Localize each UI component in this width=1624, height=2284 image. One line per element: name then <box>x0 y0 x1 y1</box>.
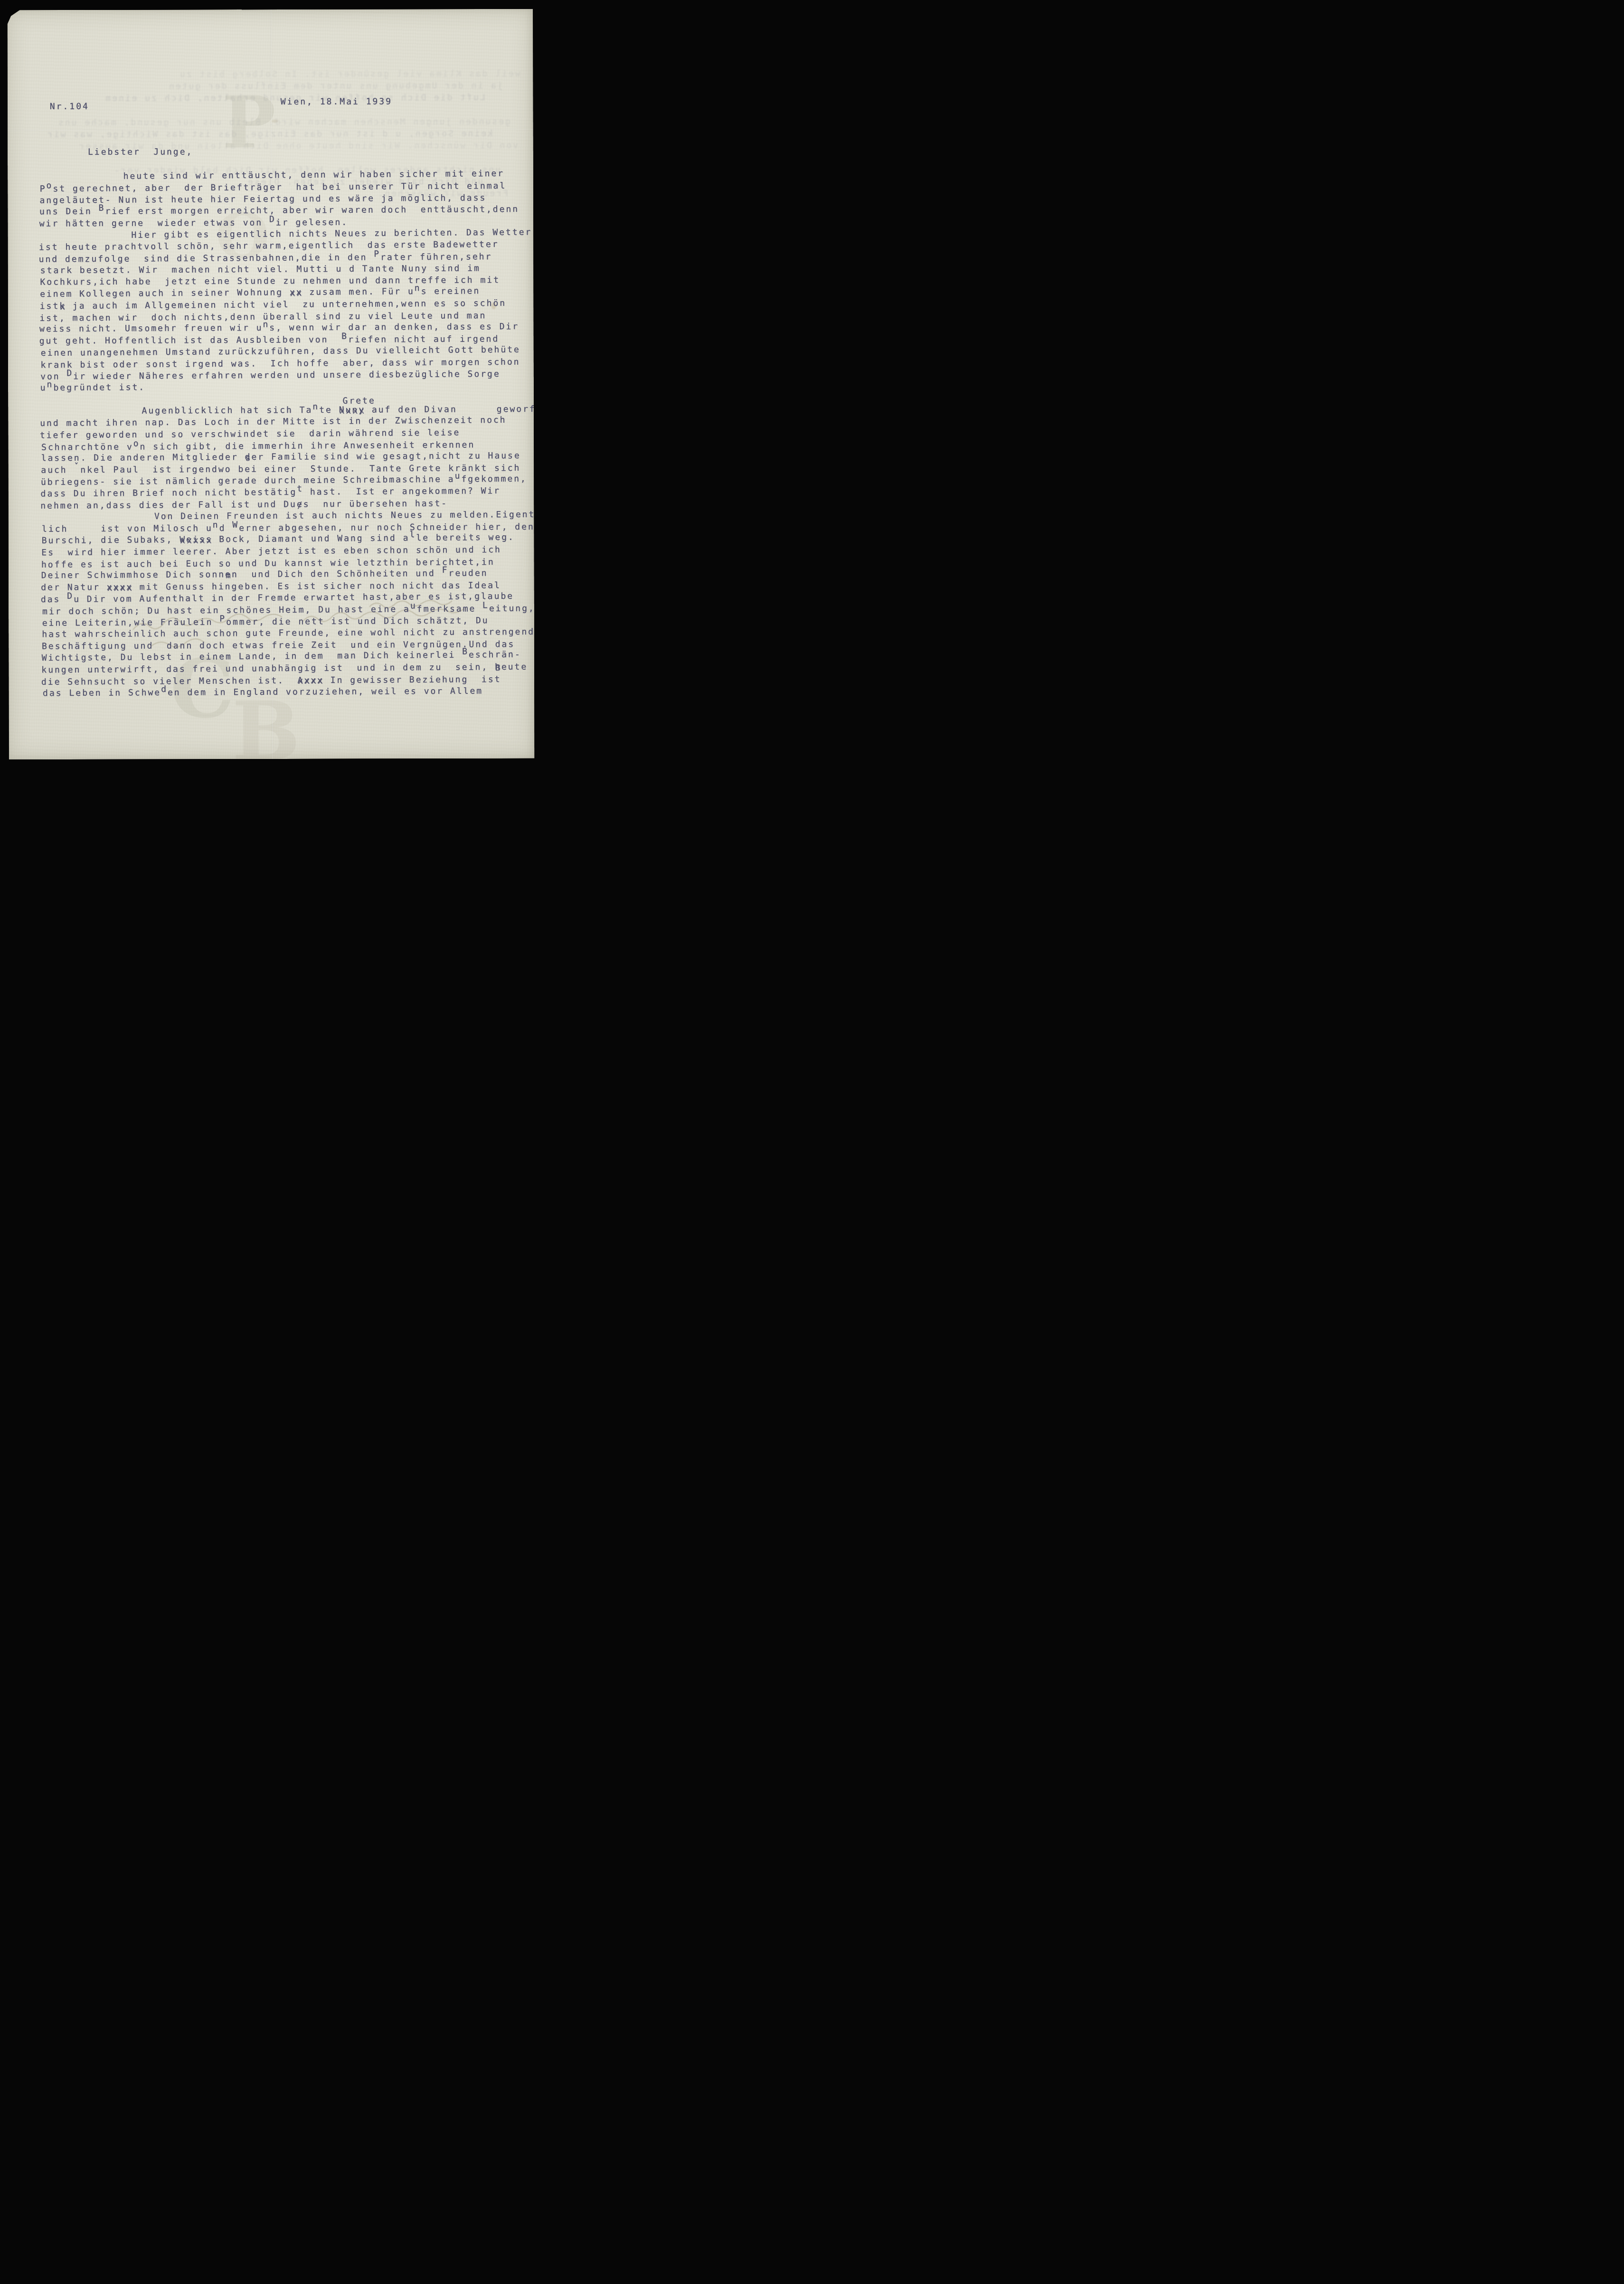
typed-raised-letter: D <box>67 591 74 601</box>
age-spot <box>272 120 278 123</box>
typed-overstrike: hB <box>495 662 501 672</box>
typed-raised-letter: W <box>232 520 239 530</box>
typed-raised-letter: n <box>312 402 319 412</box>
typed-raised-letter: u <box>455 471 462 481</box>
letter-body: heute sind wir enttäuscht, denn wir habe… <box>39 169 538 701</box>
paragraph: heute sind wir enttäuscht, denn wir habe… <box>39 169 536 231</box>
letter-salutation: Liebster Junge, <box>88 147 193 157</box>
typed-raised-letter: u <box>410 601 417 611</box>
typed-line: hast wahrscheinlich auch schon gute Freu… <box>42 627 538 641</box>
typed-raised-letter: B <box>99 203 105 213</box>
typed-raised-letter: P <box>219 614 226 624</box>
typed-line: unbegründet ist. <box>40 380 537 395</box>
typed-overstrike: ds <box>245 452 252 462</box>
typed-overstrike: Axxxxxxx <box>298 675 324 685</box>
typed-line: das Leben in Schweden dem in England vor… <box>43 685 539 700</box>
typed-overstrike: xxxxxxxx <box>107 582 133 592</box>
watermark-glyph: P <box>222 81 276 164</box>
typed-raised-letter: P <box>374 249 380 259</box>
paragraph: Von Deinen Freunden ist auch nichts Neue… <box>41 510 538 701</box>
paragraph: Hier gibt es eigentlich nichts Neues zu … <box>39 227 537 395</box>
typed-raised-letter: o <box>47 180 53 190</box>
typed-overstrike: xxxx <box>290 287 303 297</box>
letter-page: weil das Klima viel gesünder ist. In Sol… <box>7 9 534 759</box>
typed-raised-letter: n <box>415 283 421 293</box>
typed-raised-letter: o <box>133 438 140 448</box>
typed-raised-letter: n <box>213 520 219 530</box>
typed-raised-letter: D <box>66 369 73 379</box>
typed-raised-letter: ˇ <box>74 462 80 472</box>
typed-overstrike: e/ <box>297 500 303 510</box>
typed-raised-letter: L <box>482 600 489 610</box>
paragraph: Augenblicklich hat sich Tante GreteNunyx… <box>40 404 537 512</box>
typed-raised-letter: F <box>442 565 449 575</box>
typed-raised-letter: B <box>462 647 469 657</box>
typed-raised-letter: t <box>297 484 303 494</box>
typed-raised-letter: d <box>161 684 168 694</box>
typed-raised-letter: n <box>47 379 54 389</box>
typed-raised-letter: B <box>341 332 348 341</box>
typed-overstrike: Weissxxxxx <box>179 535 212 545</box>
typed-overstrike: kx <box>59 301 66 311</box>
typed-overstrike: Nunyxxxx <box>339 405 365 415</box>
typed-raised-letter: D <box>269 214 276 224</box>
typed-raised-letter: l <box>409 530 416 540</box>
typed-line: Von Deinen Freunden ist auch nichts Neue… <box>40 510 537 524</box>
typed-overstrike: enm <box>225 570 238 580</box>
letter-number: Nr.104 <box>50 102 89 112</box>
typed-raised-letter: n <box>263 320 269 330</box>
scanned-letter-screenshot: { "colors": { "ink": "#51526b", "paper":… <box>0 0 541 761</box>
letter-dateline: Wien, 18.Mai 1939 <box>281 96 392 106</box>
